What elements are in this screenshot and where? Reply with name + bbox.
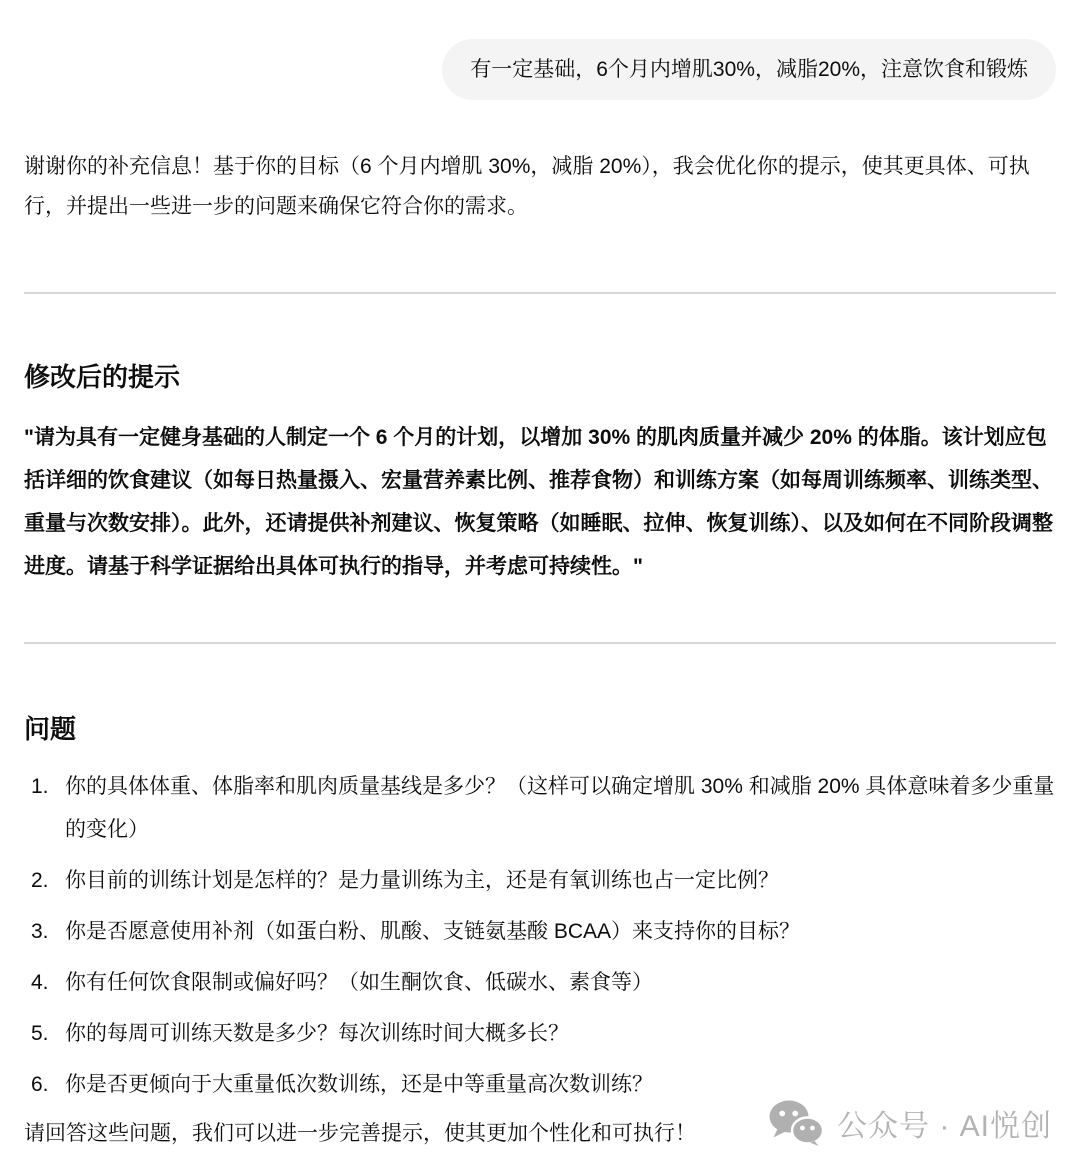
question-text: 你是否更倾向于大重量低次数训练，还是中等重量高次数训练？ bbox=[65, 1073, 653, 1096]
question-text: 你有任何饮食限制或偏好吗？（如生酮饮食、低碳水、素食等） bbox=[65, 971, 653, 994]
section-divider bbox=[24, 642, 1056, 644]
revised-prompt-text: "请为具有一定健身基础的人制定一个 6 个月的计划，以增加 30% 的肌肉质量并… bbox=[24, 416, 1056, 588]
question-item: 2. 你目前的训练计划是怎样的？是力量训练为主，还是有氧训练也占一定比例？ bbox=[65, 859, 1056, 902]
question-text: 你是否愿意使用补剂（如蛋白粉、肌酸、支链氨基酸 BCAA）来支持你的目标？ bbox=[65, 920, 800, 943]
question-number: 6. bbox=[31, 1063, 49, 1106]
questions-heading: 问题 bbox=[24, 710, 1056, 748]
assistant-message: 谢谢你的补充信息！基于你的目标（6 个月内增肌 30%，减脂 20%），我会优化… bbox=[24, 147, 1056, 1154]
watermark: 公众号 · AI悦创 bbox=[769, 1100, 1052, 1146]
question-text: 你的具体体重、体脂率和肌肉质量基线是多少？（这样可以确定增肌 30% 和减脂 2… bbox=[65, 775, 1054, 841]
section-divider bbox=[24, 292, 1056, 294]
question-number: 3. bbox=[31, 910, 49, 953]
wechat-icon bbox=[769, 1100, 823, 1146]
question-number: 4. bbox=[31, 961, 49, 1004]
watermark-text: 公众号 · AI悦创 bbox=[837, 1101, 1052, 1145]
question-item: 5. 你的每周可训练天数是多少？每次训练时间大概多长？ bbox=[65, 1012, 1056, 1055]
user-message-bubble: 有一定基础，6个月内增肌30%，减脂20%，注意饮食和锻炼 bbox=[442, 39, 1056, 100]
question-text: 你的每周可训练天数是多少？每次训练时间大概多长？ bbox=[65, 1022, 569, 1045]
question-item: 4. 你有任何饮食限制或偏好吗？（如生酮饮食、低碳水、素食等） bbox=[65, 961, 1056, 1004]
question-number: 2. bbox=[31, 859, 49, 902]
question-number: 5. bbox=[31, 1012, 49, 1055]
question-item: 1. 你的具体体重、体脂率和肌肉质量基线是多少？（这样可以确定增肌 30% 和减… bbox=[65, 765, 1056, 851]
question-number: 1. bbox=[31, 765, 49, 808]
assistant-intro-text: 谢谢你的补充信息！基于你的目标（6 个月内增肌 30%，减脂 20%），我会优化… bbox=[24, 147, 1056, 227]
questions-list: 1. 你的具体体重、体脂率和肌肉质量基线是多少？（这样可以确定增肌 30% 和减… bbox=[24, 765, 1056, 1106]
revised-prompt-heading: 修改后的提示 bbox=[24, 358, 1056, 396]
user-message-row: 有一定基础，6个月内增肌30%，减脂20%，注意饮食和锻炼 bbox=[24, 39, 1056, 100]
question-item: 3. 你是否愿意使用补剂（如蛋白粉、肌酸、支链氨基酸 BCAA）来支持你的目标？ bbox=[65, 910, 1056, 953]
question-text: 你目前的训练计划是怎样的？是力量训练为主，还是有氧训练也占一定比例？ bbox=[65, 869, 779, 892]
chat-page: 有一定基础，6个月内增肌30%，减脂20%，注意饮食和锻炼 谢谢你的补充信息！基… bbox=[0, 39, 1080, 1154]
